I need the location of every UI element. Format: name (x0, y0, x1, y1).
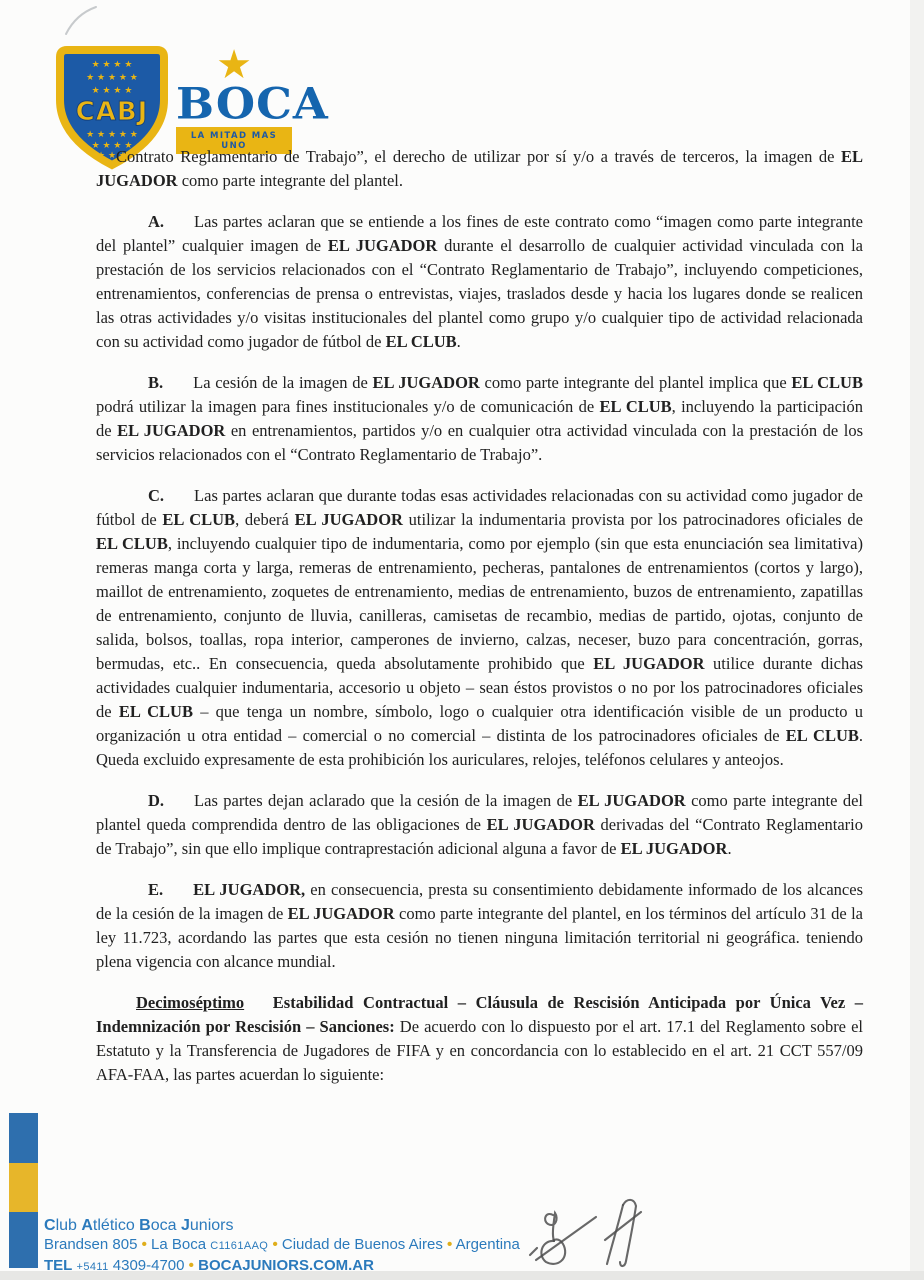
text-run: J (181, 1217, 190, 1234)
text-run: EL CLUB (599, 397, 671, 416)
clause-letter: C. (148, 486, 164, 505)
paragraph-clause-e: E.EL JUGADOR, en consecuencia, presta su… (96, 878, 863, 974)
svg-text:★ ★ ★ ★: ★ ★ ★ ★ (92, 86, 133, 96)
text-run: EL CLUB (386, 332, 457, 351)
paragraph-clause-17: Decimoséptimo Estabilidad Contractual – … (96, 991, 863, 1087)
text-run: lub (56, 1217, 82, 1234)
text-run: EL CLUB (96, 534, 168, 553)
text-run-small: C1161AAQ (210, 1240, 268, 1252)
text-run: 4309-4700 (109, 1257, 189, 1274)
text-run: EL JUGADOR (593, 654, 704, 673)
text-run: . (457, 332, 461, 351)
text-run: , incluyendo cualquier tipo de indumenta… (96, 534, 863, 673)
text-run-small: +5411 (77, 1261, 109, 1273)
text-run: EL CLUB (119, 702, 193, 721)
text-run: utilizar la indumentaria provista por lo… (403, 510, 863, 529)
text-run: EL JUGADOR (295, 510, 403, 529)
text-run: como parte integrante del plantel. (178, 171, 403, 190)
text-run: EL CLUB (791, 373, 863, 392)
paragraph-clause-d: D.Las partes dejan aclarado que la cesió… (96, 789, 863, 861)
text-run: Contrato Reglamentario de Trabajo”, el d… (116, 147, 841, 166)
text-run: BOCAJUNIORS.COM.AR (198, 1257, 374, 1274)
text-run: Ciudad de Buenos Aires (278, 1236, 447, 1253)
accent-bar-gold (9, 1163, 38, 1212)
text-run: EL CLUB (162, 510, 235, 529)
footer-line-address: Brandsen 805 • La Boca C1161AAQ • Ciudad… (44, 1235, 520, 1256)
crest-initials: CABJ (76, 97, 149, 127)
text-run: uniors (190, 1217, 234, 1234)
text-run: como parte integrante del plantel implic… (480, 373, 792, 392)
footer-accent-bar (9, 1113, 38, 1268)
text-run: B (139, 1217, 151, 1234)
text-run: EL JUGADOR (328, 236, 437, 255)
text-run: TEL (44, 1257, 72, 1274)
clause-letter: B. (148, 373, 163, 392)
footer-line-club-name: Club Atlético Boca Juniors (44, 1216, 520, 1235)
text-run: EL JUGADOR (288, 904, 395, 923)
text-run: EL JUGADOR (578, 791, 686, 810)
handwritten-initials (528, 1183, 688, 1280)
paragraph-clause-b: B.La cesión de la imagen de EL JUGADOR c… (96, 371, 863, 467)
text-run: EL JUGADOR (117, 421, 225, 440)
text-run: EL JUGADOR (372, 373, 479, 392)
text-run: EL JUGADOR (487, 815, 595, 834)
contract-body: Contrato Reglamentario de Trabajo”, el d… (96, 145, 863, 1087)
paragraph-clause-a: A.Las partes aclaran que se entiende a l… (96, 210, 863, 354)
text-run: . (727, 839, 731, 858)
svg-text:★ ★ ★ ★: ★ ★ ★ ★ (92, 60, 133, 70)
svg-text:★ ★ ★ ★ ★: ★ ★ ★ ★ ★ (86, 73, 138, 83)
text-run: , deberá (235, 510, 295, 529)
text-run: La cesión de la imagen de (193, 373, 372, 392)
text-run: EL JUGADOR (621, 839, 728, 858)
text-run: tlético (93, 1217, 139, 1234)
accent-bar-blue-bottom (9, 1212, 38, 1268)
paragraph-clause-c: C.Las partes aclaran que durante todas e… (96, 484, 863, 772)
clause-letter: D. (148, 791, 164, 810)
wordmark-title: BOCA (176, 85, 292, 123)
clause-letter: E. (148, 880, 163, 899)
text-run: Las partes dejan aclarado que la cesión … (194, 791, 578, 810)
text-run: C (44, 1217, 56, 1234)
text-run: oca (151, 1217, 181, 1234)
text-run: – que tenga un nombre, símbolo, logo o c… (96, 702, 863, 745)
text-run: EL JUGADOR, (193, 880, 305, 899)
boca-wordmark: ★ BOCA LA MITAD MAS UNO (176, 46, 292, 154)
text-run: EL CLUB (786, 726, 859, 745)
text-run: Argentina (452, 1236, 520, 1253)
text-run: Brandsen 805 (44, 1236, 142, 1253)
clause-letter: A. (148, 212, 164, 231)
footer-line-contact: TEL +5411 4309-4700 • BOCAJUNIORS.COM.AR (44, 1256, 520, 1277)
text-run: La Boca (147, 1236, 210, 1253)
accent-bar-blue-top (9, 1113, 38, 1163)
text-run: Decimoséptimo (136, 993, 244, 1012)
scan-edge-right (910, 0, 924, 1280)
text-run: podrá utilizar la imagen para fines inst… (96, 397, 599, 416)
paragraph-intro: Contrato Reglamentario de Trabajo”, el d… (96, 145, 863, 193)
stray-pen-mark (58, 2, 104, 38)
text-run: A (81, 1217, 93, 1234)
svg-text:★ ★ ★ ★ ★: ★ ★ ★ ★ ★ (86, 130, 138, 140)
letterhead-footer: Club Atlético Boca JuniorsBrandsen 805 •… (44, 1216, 520, 1277)
